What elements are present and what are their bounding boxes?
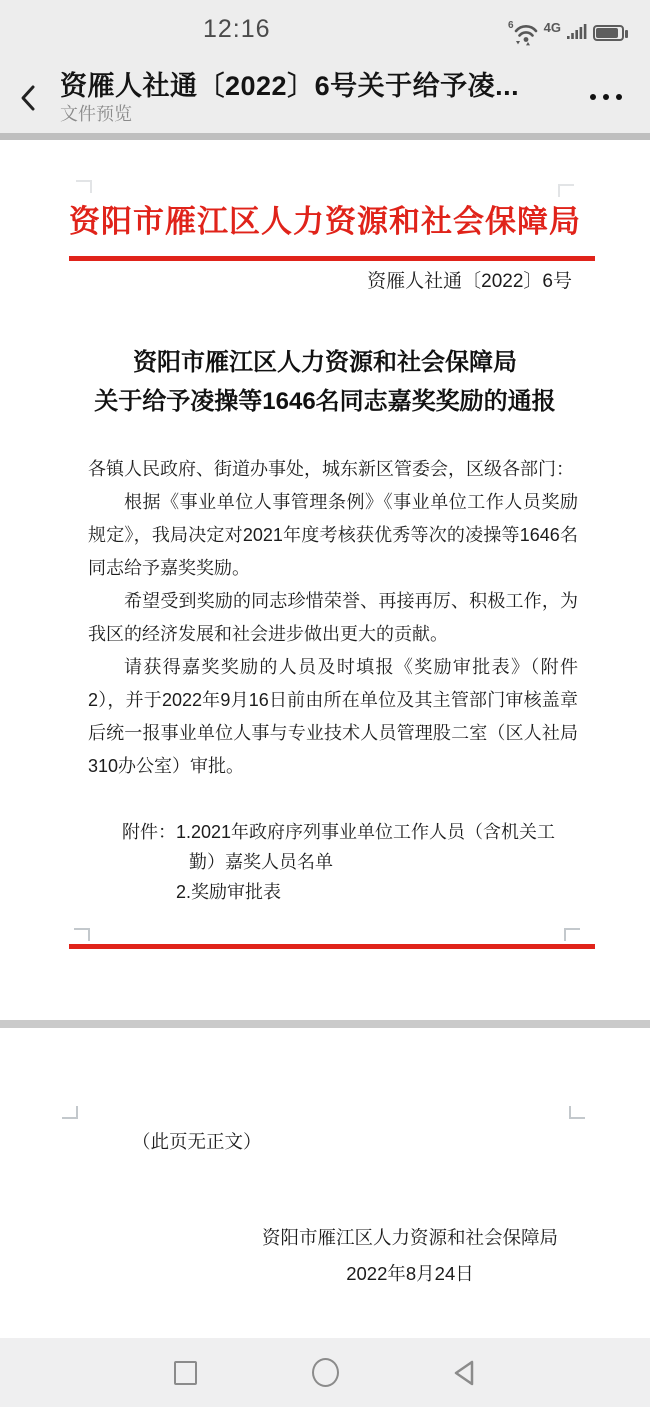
signal-strength-icon [567,18,587,46]
phone-screen: 12:16 6 4G [0,0,650,1407]
paragraph: 根据《事业单位人事管理条例》《事业单位工作人员奖励规定》，我局决定对2021年度… [88,486,578,585]
file-preview-label: 文件预览 [60,103,560,125]
home-circle-icon [312,1358,339,1387]
attachments-label: 附件： [122,817,176,907]
red-rule-top [69,256,595,261]
salutation: 各镇人民政府、街道办事处，城东新区管委会，区级各部门： [88,453,578,486]
recents-button[interactable] [170,1358,200,1388]
status-bar: 12:16 6 4G [0,0,650,62]
document-title-line2: 关于给予凌操等1646名同志嘉奖奖励的通报 [80,382,570,421]
document-page-2[interactable]: （此页无正文） 资阳市雁江区人力资源和社会保障局 2022年8月24日 [0,1028,650,1338]
file-title: 资雁人社通〔2022〕6号关于给予凌... [60,70,560,102]
page-divider [0,1020,650,1028]
signature-date: 2022年8月24日 [245,1260,575,1288]
red-rule-bottom [69,944,595,949]
back-button[interactable] [6,68,50,128]
paragraph: 希望受到奖励的同志珍惜荣誉、再接再厉、积极工作，为我区的经济发展和社会进步做出更… [88,585,578,651]
corner-mark [558,184,574,197]
document-title-line1: 资阳市雁江区人力资源和社会保障局 [80,343,570,382]
status-time: 12:16 [203,15,271,44]
agency-header-red: 资阳市雁江区人力资源和社会保障局 [0,200,650,244]
dot-icon [590,94,596,100]
paragraph: 请获得嘉奖奖励的人员及时填报《奖励审批表》（附件2），并于2022年9月16日前… [88,651,578,783]
corner-mark [564,928,580,941]
no-body-text-note: （此页无正文） [132,1128,262,1154]
attachments-list: 1.2021年政府序列事业单位工作人员（含机关工勤）嘉奖人员名单 2.奖励审批表 [176,817,574,907]
signature-block: 资阳市雁江区人力资源和社会保障局 2022年8月24日 [245,1224,575,1288]
document-page-1[interactable]: 资阳市雁江区人力资源和社会保障局 资雁人社通〔2022〕6号 资阳市雁江区人力资… [0,140,650,1020]
content-top-shadow [0,133,650,140]
home-button[interactable] [310,1358,340,1388]
dot-icon [616,94,622,100]
network-type-label: 4G [544,21,561,46]
svg-text:6: 6 [508,20,514,31]
recents-square-icon [174,1361,197,1385]
corner-mark [76,180,92,193]
corner-mark [74,928,90,941]
chevron-left-icon [19,83,37,113]
wifi6-icon: 6 [508,19,538,46]
document-body: 各镇人民政府、街道办事处，城东新区管委会，区级各部门： 根据《事业单位人事管理条… [88,453,578,783]
attachment-item-2: 2.奖励审批表 [176,877,574,907]
signature-agency: 资阳市雁江区人力资源和社会保障局 [245,1224,575,1252]
corner-mark [62,1106,78,1119]
android-navigation-bar [0,1338,650,1407]
back-nav-button[interactable] [450,1358,480,1388]
back-triangle-icon [452,1359,478,1387]
attachments-block: 附件： 1.2021年政府序列事业单位工作人员（含机关工勤）嘉奖人员名单 2.奖… [122,817,578,907]
more-options-button[interactable] [586,86,626,108]
status-icons: 6 4G [508,16,624,46]
attachment-item-1: 1.2021年政府序列事业单位工作人员（含机关工勤）嘉奖人员名单 [176,817,574,877]
battery-icon [593,25,624,41]
document-number: 资雁人社通〔2022〕6号 [367,266,572,293]
file-preview-header: 资雁人社通〔2022〕6号关于给予凌... 文件预览 [0,62,650,133]
dot-icon [603,94,609,100]
document-title: 资阳市雁江区人力资源和社会保障局 关于给予凌操等1646名同志嘉奖奖励的通报 [80,343,570,421]
corner-mark [569,1106,585,1119]
header-titles: 资雁人社通〔2022〕6号关于给予凌... 文件预览 [60,70,560,125]
